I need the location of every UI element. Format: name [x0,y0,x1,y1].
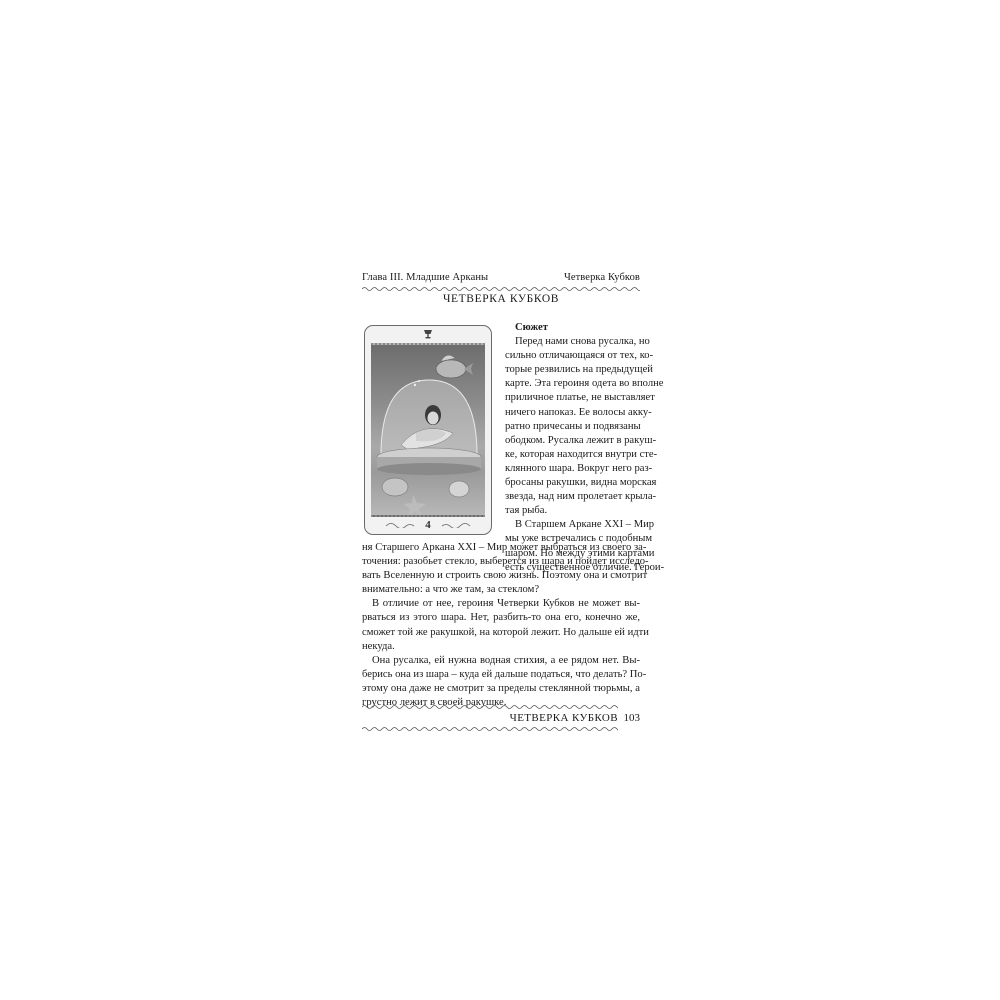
text-line: клянного шара. Вокруг него раз- [505,462,640,476]
text-line: В отличие от нее, героиня Четверки Кубко… [362,597,640,611]
running-head-section: Четверка Кубков [564,272,640,283]
text-line: этому она даже не смотрит за пределы сте… [362,682,640,696]
page-number: 103 [624,712,641,724]
header-wavy-rule [362,286,640,292]
page-footer: ЧЕТВЕРКА КУБКОВ 103 [362,704,640,734]
page-title: ЧЕТВЕРКА КУБКОВ [362,293,640,305]
ornament-swirl-right-icon [441,522,471,528]
cup-icon [422,329,434,339]
card-number: 4 [365,519,491,531]
text-line: карте. Эта героиня одета во вполне [505,377,640,391]
text-line: ничего напоказ. Ее волосы акку- [505,406,640,420]
text-line: тая рыба. [505,504,640,518]
text-line: вать Вселенную и строить свою жизнь. Поэ… [362,569,640,583]
mermaid-dome-illustration [371,345,485,515]
text-line: В Старшем Аркане XXI – Мир [505,518,640,532]
text-line: Перед нами снова русалка, но [505,335,640,349]
text-line: некуда. [362,640,640,654]
card-artwork [371,343,485,517]
text-line: сможет той же ракушкой, на которой лежит… [362,626,640,640]
text-line: бросаны ракушки, видна морская [505,476,640,490]
text-line: ке, которая находится внутри сте- [505,448,640,462]
text-line: точения: разобьет стекло, выберется из ш… [362,555,640,569]
footer-wavy-rule-top [362,704,618,710]
text-line: звезда, над ним пролетает крыла- [505,490,640,504]
footer-section-label: ЧЕТВЕРКА КУБКОВ [510,712,618,724]
text-line: торые резвились на предыдущей [505,363,640,377]
right-column-text: Сюжет Перед нами снова русалка, но сильн… [505,321,640,575]
footer-wavy-rule-bottom [362,726,618,732]
text-line: ратно причесаны и подвязаны [505,420,640,434]
text-line: внимательно: а что же там, за стеклом? [362,583,640,597]
running-head-chapter: Глава III. Младшие Арканы [362,272,488,283]
text-line: ня Старшего Аркана XXI – Мир может выбра… [362,541,640,555]
text-line: берись она из шара – куда ей дальше пода… [362,668,640,682]
text-line: ободком. Русалка лежит в ракуш- [505,434,640,448]
text-line: рваться из этого шара. Нет, разбить-то о… [362,611,640,625]
tarot-card-illustration: 4 [364,325,492,535]
section-subhead: Сюжет [505,321,640,335]
text-line: Она русалка, ей нужна водная стихия, а е… [362,654,640,668]
full-width-text: ня Старшего Аркана XXI – Мир может выбра… [362,541,640,710]
running-head: Глава III. Младшие Арканы Четверка Кубко… [362,272,640,286]
text-line: сильно отличающаяся от тех, ко- [505,349,640,363]
text-line: приличное платье, не выставляет [505,391,640,405]
